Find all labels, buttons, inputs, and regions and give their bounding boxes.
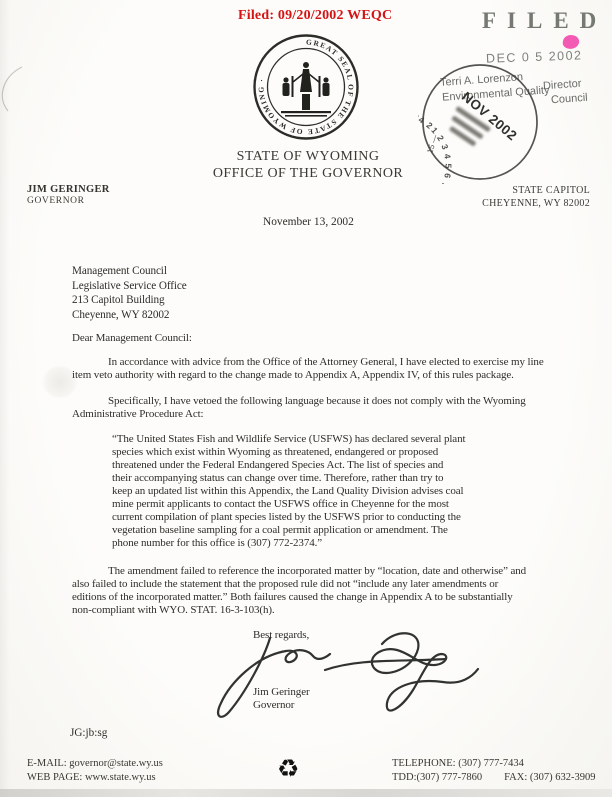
body-line: In accordance with advice from the Offic…	[72, 356, 544, 369]
quote-line: their accompanying status can change ove…	[112, 472, 465, 485]
quote-line: current compilation of plant species lis…	[112, 511, 465, 524]
wyoming-great-seal: GREAT SEAL OF THE STATE OF WYOMING ·	[251, 32, 361, 142]
footer-web: WEB PAGE: www.state.wy.us	[27, 771, 163, 785]
governor-signature	[200, 628, 480, 733]
official-org-stamp-line2: Council	[551, 92, 588, 107]
recipient-address: Management Council Legislative Service O…	[72, 264, 187, 322]
quote-line: vegetation baseline sampling for a coal …	[112, 524, 465, 537]
capitol-address: STATE CAPITOL CHEYENNE, WY 82002	[440, 185, 590, 210]
letterhead-org: STATE OF WYOMING OFFICE OF THE GOVERNOR	[185, 148, 431, 182]
capitol-line1: STATE CAPITOL	[440, 185, 590, 198]
quote-line: species which exist within Wyoming as th…	[112, 446, 465, 459]
recycle-icon: ♻	[277, 754, 299, 783]
paragraph-1: In accordance with advice from the Offic…	[72, 356, 544, 382]
body-line: The amendment failed to reference the in…	[72, 565, 526, 578]
governor-name: JIM GERINGER	[27, 184, 110, 195]
salutation: Dear Management Council:	[72, 332, 192, 345]
typed-signer-title: Governor	[253, 699, 294, 712]
footer-fax: FAX: (307) 632-3909	[504, 771, 595, 785]
typed-signer-name: Jim Geringer	[253, 686, 310, 699]
filed-stamp-label: FILED	[482, 8, 607, 34]
vetoed-language-quote: “The United States Fish and Wildlife Ser…	[112, 433, 465, 550]
recipient-line: Management Council	[72, 264, 187, 279]
body-line: also failed to include the statement tha…	[72, 578, 526, 591]
paragraph-2: Specifically, I have vetoed the followin…	[72, 395, 526, 421]
quote-line: mine permit applicants to contact the US…	[112, 498, 465, 511]
recipient-line: 213 Capitol Building	[72, 293, 187, 308]
filed-annotation: Filed: 09/20/2002 WEQC	[238, 8, 392, 24]
footer-contact-right: TELEPHONE: (307) 777-7434 TDD:(307) 777-…	[392, 757, 596, 785]
quote-line: “The United States Fish and Wildlife Ser…	[112, 433, 465, 446]
body-line: non-compliant with WYO. STAT. 16-3-103(h…	[72, 604, 526, 617]
footer-contact-left: E-MAIL: governor@state.wy.us WEB PAGE: w…	[27, 757, 163, 785]
quote-line: keep an updated list within this Appendi…	[112, 485, 465, 498]
recipient-line: Cheyenne, WY 82002	[72, 308, 187, 323]
footer-email: E-MAIL: governor@state.wy.us	[27, 757, 163, 771]
capitol-line2: CHEYENNE, WY 82002	[440, 198, 590, 211]
org-line1: STATE OF WYOMING	[185, 148, 431, 165]
scan-edge-band	[0, 789, 612, 797]
scan-artifact-curve	[0, 64, 26, 114]
paragraph-3: The amendment failed to reference the in…	[72, 565, 526, 617]
letter-date: November 13, 2002	[263, 216, 354, 228]
body-line: Administrative Procedure Act:	[72, 408, 526, 421]
body-line: Specifically, I have vetoed the followin…	[72, 395, 526, 408]
body-line: editions of the incorporated matter.” Bo…	[72, 591, 526, 604]
quote-line: phone number for this office is (307) 77…	[112, 537, 465, 550]
footer-tdd: TDD:(307) 777-7860	[392, 772, 482, 783]
quote-line: threatened under the Federal Endangered …	[112, 459, 465, 472]
footer-phone: TELEPHONE: (307) 777-7434	[392, 757, 596, 771]
org-line2: OFFICE OF THE GOVERNOR	[185, 165, 431, 182]
round-date-stamp: 1 2 3 4 5 6 7 8 9 10 11 12 13 14 15 16 1…	[418, 60, 542, 184]
reference-initials: JG:jb:sg	[70, 727, 107, 739]
recipient-line: Legislative Service Office	[72, 279, 187, 294]
seal-figures	[281, 62, 331, 117]
governor-title: GOVERNOR	[27, 196, 85, 206]
scanned-letter-page: Filed: 09/20/2002 WEQC FILED DEC 0 5 200…	[0, 0, 612, 797]
body-line: item veto authority with regard to the c…	[72, 369, 544, 382]
